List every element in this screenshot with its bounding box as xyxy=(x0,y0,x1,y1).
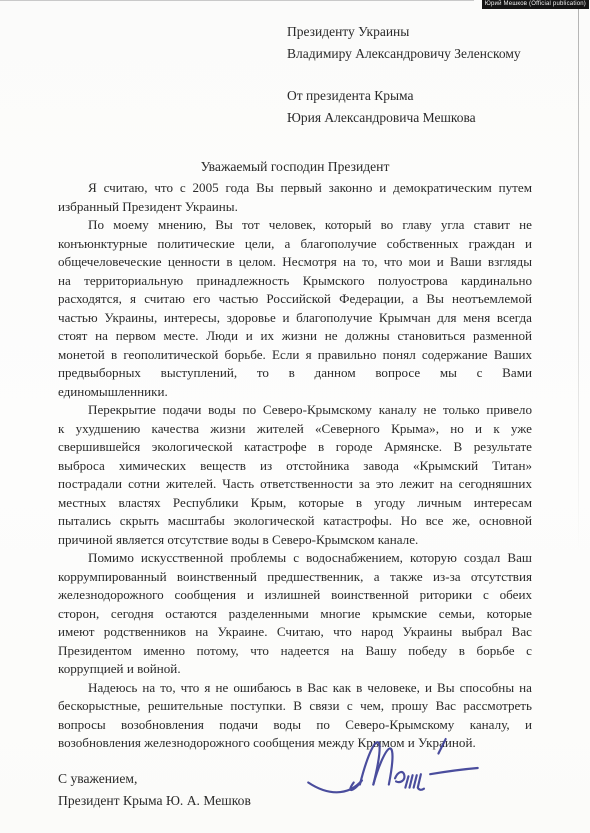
paragraph-line: на территориальную принадлежность Крымск… xyxy=(58,272,532,291)
paragraph-line: бескорыстные, решительные поступки. В св… xyxy=(58,697,532,716)
scan-edge-top xyxy=(0,0,474,1)
paragraph-line: предвыборных выступлений, то в данном во… xyxy=(58,364,532,383)
paragraph-line: свершившейся экологической катастрофе в … xyxy=(58,438,532,457)
closing-line: С уважением, xyxy=(58,768,251,790)
closing-line: Президент Крыма Ю. А. Мешков xyxy=(58,790,251,812)
paragraph-line: частью Украины, интересы, здоровье и бла… xyxy=(58,309,532,328)
sender-block: От президента Крыма Юрия Александровича … xyxy=(287,85,521,128)
paragraph-line: расходятся, я считаю его частью Российск… xyxy=(58,290,532,309)
salutation: Уважаемый господин Президент xyxy=(58,159,532,175)
signature-ink-icon xyxy=(306,737,482,799)
paragraph-line: Перекрытие подачи воды по Северо-Крымско… xyxy=(58,401,532,420)
sender-line: Юрия Александровича Мешкова xyxy=(287,107,521,129)
paragraph-line: коррупцией и войной. xyxy=(58,660,532,679)
recipient-line: Президенту Украины xyxy=(287,21,521,43)
paragraph-line: пострадали сотни жителей. Часть ответств… xyxy=(58,475,532,494)
paragraph-line: причиной является отсутствие воды в Севе… xyxy=(58,531,532,550)
paragraph-line: единомышленники. xyxy=(58,383,532,402)
paragraph-line: пытались скрыть масштабы экологической к… xyxy=(58,512,532,531)
paragraph: Я считаю, что с 2005 года Вы первый зако… xyxy=(58,179,532,216)
paragraph-line: имеют родственников на Украине. Считаю, … xyxy=(58,623,532,642)
paragraph-line: выброса химических веществ из отстойника… xyxy=(58,457,532,476)
handwritten-signature xyxy=(306,737,482,799)
recipient-block: Президенту Украины Владимиру Александров… xyxy=(287,21,521,64)
paragraph: По моему мнению, Вы тот человек, который… xyxy=(58,216,532,401)
paragraph-line: конъюнктурные политические цели, а благо… xyxy=(58,235,532,254)
paragraph-line: По моему мнению, Вы тот человек, который… xyxy=(58,216,532,235)
paragraph-line: вопросы возобновления подачи воды по Сев… xyxy=(58,716,532,735)
paragraph-line: Президентом именно потому, что надеется … xyxy=(58,642,532,661)
paragraph-line: стоят на первом месте. Люди и их жизни н… xyxy=(58,327,532,346)
paragraph-line: общечеловеческие ценности в целом. Несмо… xyxy=(58,253,532,272)
paragraph: Перекрытие подачи воды по Северо-Крымско… xyxy=(58,401,532,549)
letter-body: Я считаю, что с 2005 года Вы первый зако… xyxy=(58,179,532,753)
sender-line: От президента Крыма xyxy=(287,85,521,107)
paragraph-line: железнодорожного сообщения и излишней во… xyxy=(58,586,532,605)
scan-edge-right xyxy=(578,9,579,554)
paragraph-line: к ухудшению качества жизни жителей «Севе… xyxy=(58,420,532,439)
paragraph-line: местных властях Республики Крым, которые… xyxy=(58,494,532,513)
address-block: Президенту Украины Владимиру Александров… xyxy=(287,21,521,128)
paragraph-line: избранный Президент Украины. xyxy=(58,198,532,217)
paragraph-line: Помимо искусственной проблемы с водоснаб… xyxy=(58,549,532,568)
closing-block: С уважением, Президент Крыма Ю. А. Мешко… xyxy=(58,768,251,811)
paragraph-line: Надеюсь на то, что я не ошибаюсь в Вас к… xyxy=(58,679,532,698)
paragraph-line: Я считаю, что с 2005 года Вы первый зако… xyxy=(58,179,532,198)
recipient-line: Владимиру Александровичу Зеленскому xyxy=(287,43,521,65)
paragraph-line: монетой в геополитической борьбе. Если я… xyxy=(58,346,532,365)
photo-credit-badge: Юрий Мешков (Official publication) xyxy=(482,0,589,9)
paragraph-line: сторон, сегодня остаются разделенными мн… xyxy=(58,605,532,624)
paragraph-line: коррумпированный воинственный предшестве… xyxy=(58,568,532,587)
paragraph: Помимо искусственной проблемы с водоснаб… xyxy=(58,549,532,679)
scanned-letter-page: Юрий Мешков (Official publication) Прези… xyxy=(0,0,590,833)
